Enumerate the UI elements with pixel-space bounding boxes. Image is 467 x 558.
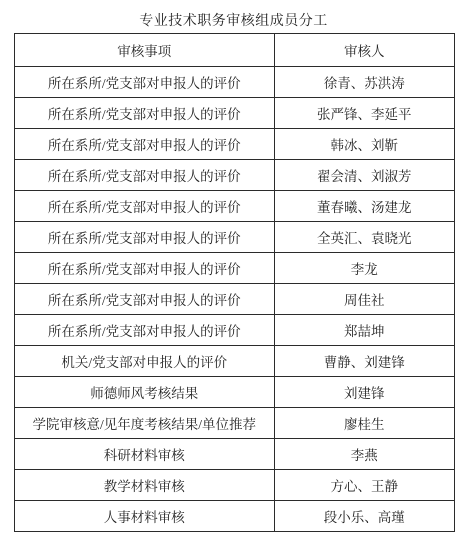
table-row: 所在系所/党支部对申报人的评价翟会清、刘淑芳	[15, 160, 455, 191]
table-row: 机关/党支部对申报人的评价曹静、刘建锋	[15, 346, 455, 377]
table-row: 师德师风考核结果刘建锋	[15, 377, 455, 408]
cell-review-item: 所在系所/党支部对申报人的评价	[15, 253, 275, 284]
cell-reviewer: 曹静、刘建锋	[274, 346, 454, 377]
table-row: 所在系所/党支部对申报人的评价韩冰、刘靳	[15, 129, 455, 160]
table-body: 所在系所/党支部对申报人的评价徐青、苏洪涛所在系所/党支部对申报人的评价张严锋、…	[15, 67, 455, 532]
cell-reviewer: 韩冰、刘靳	[274, 129, 454, 160]
cell-review-item: 所在系所/党支部对申报人的评价	[15, 98, 275, 129]
table-row: 所在系所/党支部对申报人的评价全英汇、袁晓光	[15, 222, 455, 253]
cell-review-item: 所在系所/党支部对申报人的评价	[15, 284, 275, 315]
cell-review-item: 所在系所/党支部对申报人的评价	[15, 315, 275, 346]
table-row: 所在系所/党支部对申报人的评价郑喆坤	[15, 315, 455, 346]
cell-reviewer: 廖桂生	[274, 408, 454, 439]
cell-reviewer: 张严锋、李延平	[274, 98, 454, 129]
cell-reviewer: 徐青、苏洪涛	[274, 67, 454, 98]
table-row: 所在系所/党支部对申报人的评价周佳社	[15, 284, 455, 315]
table-row: 学院审核意/见年度考核结果/单位推荐廖桂生	[15, 408, 455, 439]
cell-review-item: 机关/党支部对申报人的评价	[15, 346, 275, 377]
cell-review-item: 所在系所/党支部对申报人的评价	[15, 191, 275, 222]
cell-reviewer: 刘建锋	[274, 377, 454, 408]
table-row: 人事材料审核段小乐、高瑾	[15, 501, 455, 532]
table-row: 科研材料审核李燕	[15, 439, 455, 470]
cell-reviewer: 全英汇、袁晓光	[274, 222, 454, 253]
cell-review-item: 人事材料审核	[15, 501, 275, 532]
cell-review-item: 所在系所/党支部对申报人的评价	[15, 222, 275, 253]
table-row: 所在系所/党支部对申报人的评价徐青、苏洪涛	[15, 67, 455, 98]
table-header-item: 审核事项	[15, 34, 275, 67]
cell-review-item: 所在系所/党支部对申报人的评价	[15, 160, 275, 191]
cell-reviewer: 李龙	[274, 253, 454, 284]
cell-review-item: 所在系所/党支部对申报人的评价	[15, 67, 275, 98]
cell-review-item: 学院审核意/见年度考核结果/单位推荐	[15, 408, 275, 439]
table-header-row: 审核事项 审核人	[15, 34, 455, 67]
cell-reviewer: 董春曦、汤建龙	[274, 191, 454, 222]
table-row: 教学材料审核方心、王静	[15, 470, 455, 501]
document-page: 专业技术职务审核组成员分工 审核事项 审核人 所在系所/党支部对申报人的评价徐青…	[0, 0, 467, 558]
cell-reviewer: 郑喆坤	[274, 315, 454, 346]
page-title: 专业技术职务审核组成员分工	[0, 10, 467, 30]
cell-reviewer: 段小乐、高瑾	[274, 501, 454, 532]
cell-review-item: 师德师风考核结果	[15, 377, 275, 408]
cell-review-item: 教学材料审核	[15, 470, 275, 501]
cell-review-item: 科研材料审核	[15, 439, 275, 470]
review-table: 审核事项 审核人 所在系所/党支部对申报人的评价徐青、苏洪涛所在系所/党支部对申…	[14, 33, 455, 532]
table-row: 所在系所/党支部对申报人的评价张严锋、李延平	[15, 98, 455, 129]
cell-review-item: 所在系所/党支部对申报人的评价	[15, 129, 275, 160]
cell-reviewer: 李燕	[274, 439, 454, 470]
cell-reviewer: 周佳社	[274, 284, 454, 315]
cell-reviewer: 方心、王静	[274, 470, 454, 501]
table-row: 所在系所/党支部对申报人的评价李龙	[15, 253, 455, 284]
table-header-reviewer: 审核人	[274, 34, 454, 67]
table-row: 所在系所/党支部对申报人的评价董春曦、汤建龙	[15, 191, 455, 222]
cell-reviewer: 翟会清、刘淑芳	[274, 160, 454, 191]
